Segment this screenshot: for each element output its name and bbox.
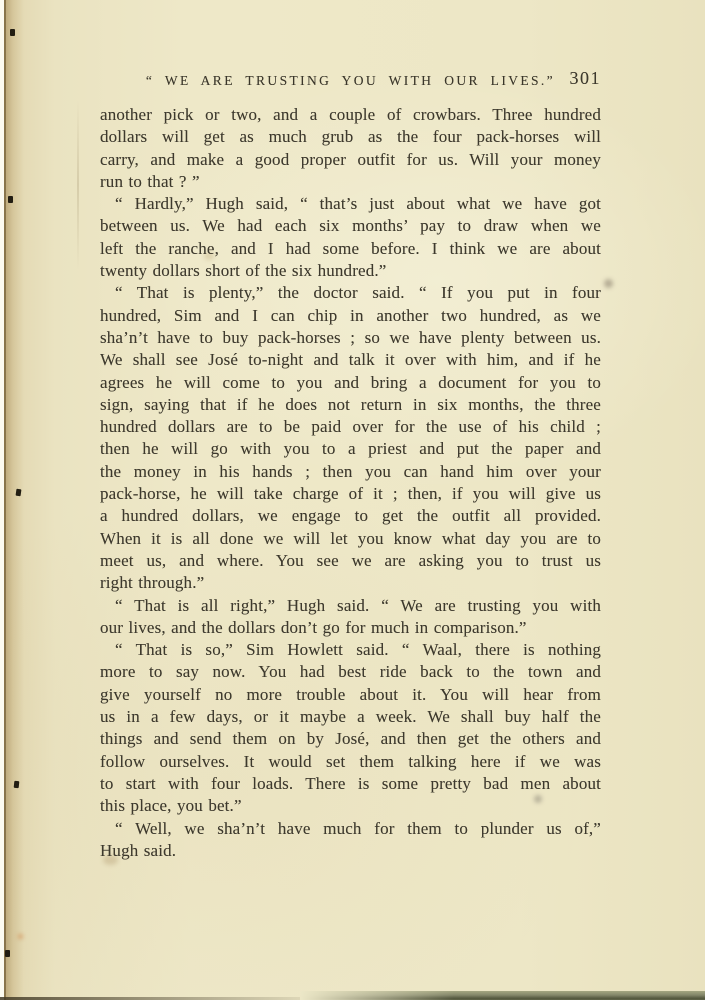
text-line: to start with four loads. There is some … [100,773,601,795]
paper-crease [77,100,79,270]
text-line: twenty dollars short of the six hundred.… [100,260,601,282]
text-line: “ Hardly,” Hugh said, “ that’s just abou… [100,193,601,215]
body-text: another pick or two, and a couple of cro… [100,104,601,862]
text-line: then he will go with you to a priest and… [100,438,601,460]
text-line: more to say now. You had best ride back … [100,661,601,683]
running-title: “ WE ARE TRUSTING YOU WITH OUR LIVES.” [100,73,601,89]
binding-edge-line [4,0,6,1000]
text-line: carry, and make a good proper outfit for… [100,149,601,171]
text-line: We shall see José to-night and talk it o… [100,349,601,371]
stitch-mark [5,950,10,957]
text-line: us in a few days, or it maybe a week. We… [100,706,601,728]
text-line: this place, you bet.” [100,795,601,817]
text-line: follow ourselves. It would set them talk… [100,751,601,773]
text-line: dollars will get as much grub as the fou… [100,126,601,148]
text-line: between us. We had each six months’ pay … [100,215,601,237]
text-line: meet us, and where. You see we are askin… [100,550,601,572]
cover-edge-strip [300,991,705,1000]
page-header: “ WE ARE TRUSTING YOU WITH OUR LIVES.” 3… [100,70,601,92]
text-line: another pick or two, and a couple of cro… [100,104,601,126]
text-line: give yourself no more trouble about it. … [100,684,601,706]
text-line: sha’n’t have to buy pack-horses ; so we … [100,327,601,349]
binding-edge-shadow [4,0,24,1000]
text-line: left the ranche, and I had some before. … [100,238,601,260]
stitch-mark [16,489,22,497]
stitch-mark [14,781,20,788]
text-line: agrees he will come to you and bring a d… [100,372,601,394]
text-line: sign, saying that if he does not return … [100,394,601,416]
text-line: the money in his hands ; then you can ha… [100,461,601,483]
text-line: Hugh said. [100,840,601,862]
text-line: “ That is plenty,” the doctor said. “ If… [100,282,601,304]
stitch-mark [8,196,13,203]
text-line: hundred, Sim and I can chip in another t… [100,305,601,327]
text-line: “ That is all right,” Hugh said. “ We ar… [100,595,601,617]
text-line: a hundred dollars, we engage to get the … [100,505,601,527]
text-line: right through.” [100,572,601,594]
text-line: our lives, and the dollars don’t go for … [100,617,601,639]
page-number: 301 [570,68,602,89]
text-line: “ Well, we sha’n’t have much for them to… [100,818,601,840]
paper-stain [604,279,613,288]
text-line: When it is all done we will let you know… [100,528,601,550]
text-line: hundred dollars are to be paid over for … [100,416,601,438]
stitch-mark [10,29,15,36]
paper-stain [18,934,23,939]
text-line: things and send them on by José, and the… [100,728,601,750]
text-line: “ That is so,” Sim Howlett said. “ Waal,… [100,639,601,661]
text-line: pack-horse, he will take charge of it ; … [100,483,601,505]
text-line: run to that ? ” [100,171,601,193]
book-page: “ WE ARE TRUSTING YOU WITH OUR LIVES.” 3… [0,0,705,1000]
